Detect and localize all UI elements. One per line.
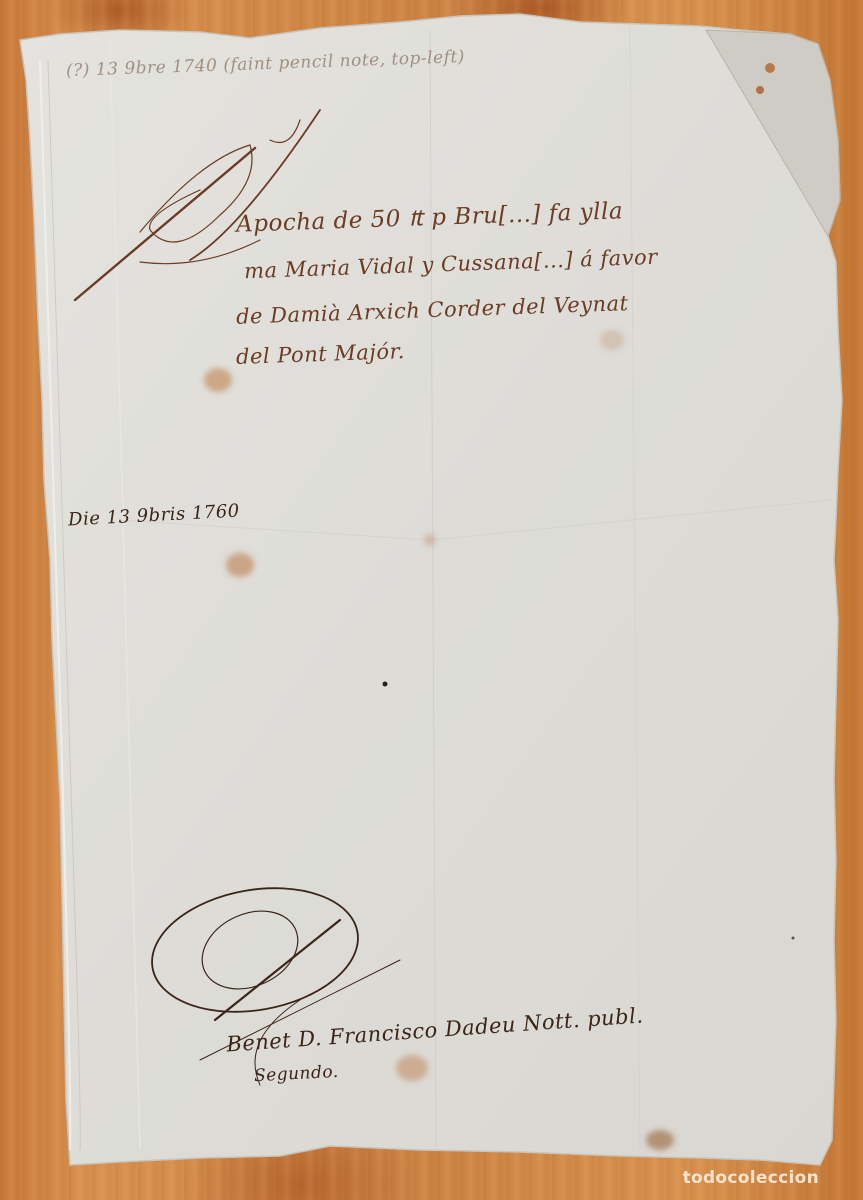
watermark-logo: todocoleccion — [683, 1168, 819, 1188]
